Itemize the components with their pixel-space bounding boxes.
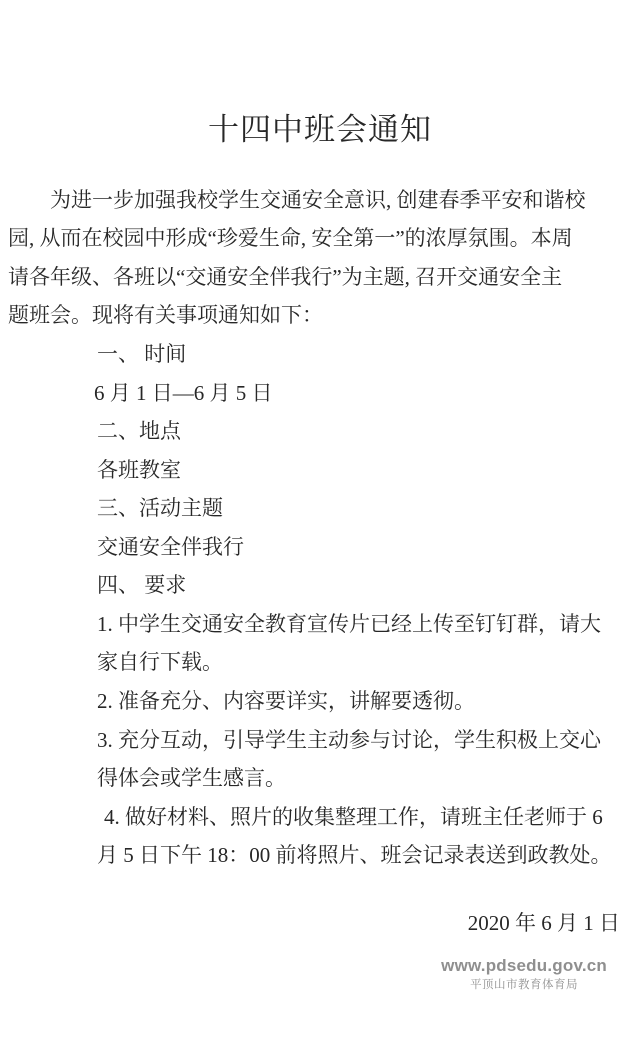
notice-section-text: 6 月 1 日—6 月 5 日 bbox=[94, 379, 273, 407]
notice-paragraph-line: 题班会。现将有关事项通知如下： bbox=[8, 301, 323, 329]
notice-title: 十四中班会通知 bbox=[0, 104, 640, 149]
notice-requirement-line: 1. 中学生交通安全教育宣传片已经上传至钉钉群，请大 bbox=[97, 610, 601, 638]
site-watermark: www.pdsedu.gov.cn 平顶山市教育体育局 bbox=[441, 957, 607, 992]
notice-document: 十四中班会通知 为进一步加强我校学生交通安全意识, 创建春季平安和谐校 园, 从… bbox=[0, 0, 640, 1046]
notice-requirement-line: 3. 充分互动，引导学生主动参与讨论，学生积极上交心 bbox=[97, 726, 601, 754]
notice-section-heading: 四、 要求 bbox=[97, 571, 186, 599]
notice-requirement-line: 月 5 日下午 18：00 前将照片、班会记录表送到政教处。 bbox=[97, 841, 612, 869]
notice-requirement-line: 家自行下载。 bbox=[97, 648, 223, 676]
notice-requirement-line: 4. 做好材料、照片的收集整理工作，请班主任老师于 6 bbox=[104, 803, 603, 831]
notice-section-text: 各班教室 bbox=[97, 456, 181, 484]
watermark-url: www.pdsedu.gov.cn bbox=[441, 957, 607, 975]
notice-paragraph-line: 园, 从而在校园中形成“珍爱生命, 安全第一”的浓厚氛围。本周 bbox=[8, 224, 573, 252]
notice-section-text: 交通安全伴我行 bbox=[97, 533, 244, 561]
notice-requirement-line: 得体会或学生感言。 bbox=[97, 764, 286, 792]
notice-section-heading: 三、活动主题 bbox=[97, 494, 223, 522]
notice-requirement-line: 2. 准备充分、内容要详实，讲解要透彻。 bbox=[97, 687, 475, 715]
notice-section-heading: 二、地点 bbox=[97, 417, 181, 445]
watermark-agency: 平顶山市教育体育局 bbox=[441, 979, 607, 992]
notice-date: 2020 年 6 月 1 日 bbox=[468, 907, 620, 937]
notice-paragraph-line: 为进一步加强我校学生交通安全意识, 创建春季平安和谐校 bbox=[8, 186, 586, 214]
notice-paragraph-line: 请各年级、各班以“交通安全伴我行”为主题, 召开交通安全主 bbox=[8, 263, 562, 291]
notice-section-heading: 一、 时间 bbox=[97, 340, 186, 368]
